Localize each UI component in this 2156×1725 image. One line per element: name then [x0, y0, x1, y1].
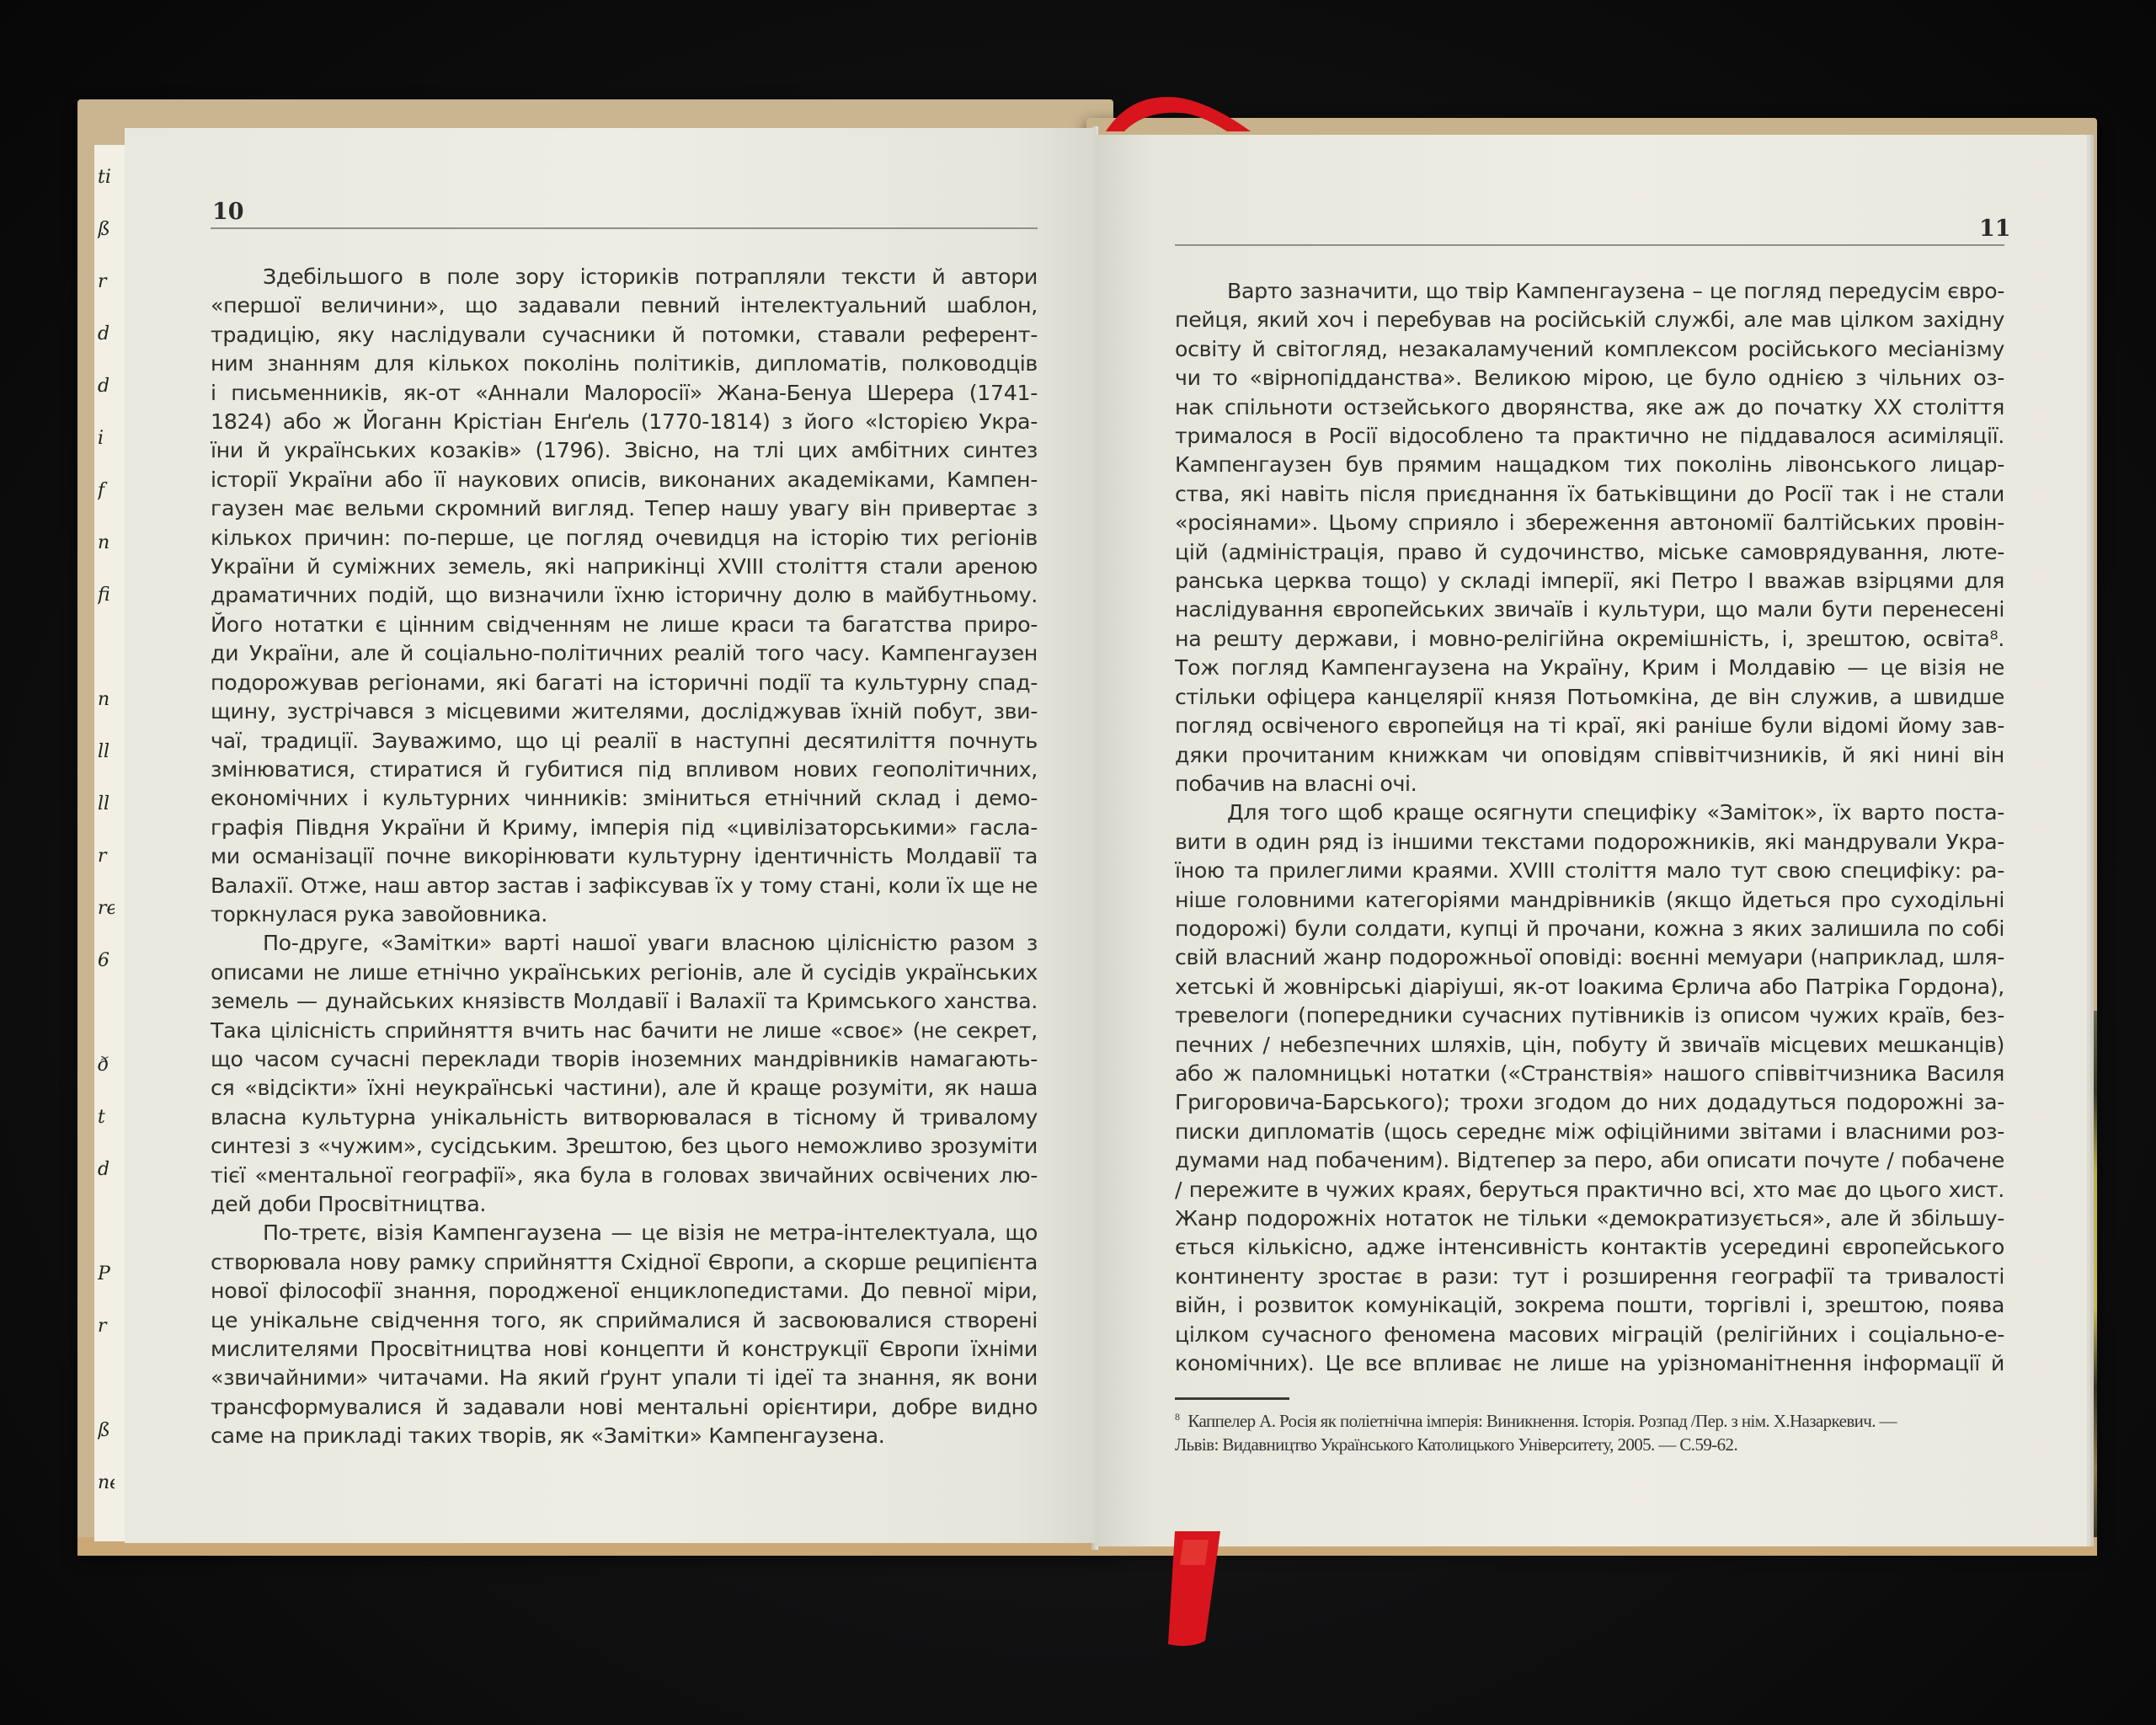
text-line: або ж паломницькі нотатки («Странствія» …	[1175, 1060, 2004, 1088]
text-line: ним знанням для кількох поколінь політик…	[211, 350, 1038, 378]
text-line: дей доби Просвітництва.	[211, 1190, 1038, 1219]
text-line: і письменників, як-от «Аннали Малоросії»…	[211, 379, 1038, 408]
text-line: України й суміжних земель, які наприкінц…	[211, 553, 1038, 581]
text-line: Валахії. Отже, наш автор застав і зафікс…	[211, 872, 1038, 900]
text-line: чи то «вірнопідданства». Великою мірою, …	[1175, 364, 2004, 393]
text-line: ства, які навіть після приєднання їх бат…	[1175, 480, 2004, 509]
ribbon-bookmark-top	[1099, 94, 1251, 131]
text-line: тієї «ментальної географії», яка була в …	[211, 1162, 1038, 1190]
text-line: торкнулася рука завойовника.	[211, 900, 1038, 929]
footnote-line-1: Каппелер А. Росія як поліетнічна імперія…	[1187, 1411, 1897, 1431]
text-line: Григоровича-Барського); трохи згодом до …	[1175, 1088, 2004, 1117]
text-line: їною та прилеглими краями. XVIII столітт…	[1175, 857, 2004, 885]
text-line: стільки офіцера канцелярії князя Потьомк…	[1175, 683, 2004, 712]
text-line: Здебільшого в поле зору істориків потрап…	[211, 263, 1038, 291]
text-line: «звичайними» читачами. На який ґрунт упа…	[211, 1364, 1038, 1392]
text-line: Жанр подорожніх нотаток не тільки «демок…	[1175, 1204, 2004, 1233]
text-line: подорожі) були солдати, купці й прочани,…	[1175, 915, 2004, 943]
text-line: континенту зростає в рази: тут і розшире…	[1175, 1263, 2004, 1291]
text-line: синтезі з «чужим», сусідським. Зрештою, …	[211, 1132, 1038, 1161]
page-number-left: 10	[212, 199, 244, 225]
text-line: власна культурна унікальність витворювал…	[211, 1103, 1038, 1132]
text-line: кількох причин: по-перше, це погляд очев…	[211, 524, 1038, 553]
text-line: історії України або її наукових описів, …	[211, 466, 1038, 494]
text-line: ди України, але й соціально-політичних р…	[211, 639, 1038, 668]
footnote-rule	[1175, 1397, 1289, 1400]
footnote-marker: 8	[1175, 1411, 1179, 1423]
text-line: щину, зустрічався з місцевими жителями, …	[211, 697, 1038, 726]
text-line: саме на прикладі таких творів, як «Заміт…	[211, 1422, 1038, 1450]
text-line: війн, і розвиток комунікацій, зокрема по…	[1175, 1291, 2004, 1320]
text-line: / пережите в чужих краях, беруться практ…	[1175, 1176, 2004, 1204]
text-line: освіту й світогляд, незакаламучений комп…	[1175, 335, 2004, 364]
left-page-body: Здебільшого в поле зору істориків потрап…	[211, 263, 1038, 1451]
text-line: Для того щоб краще осягнути специфіку «З…	[1175, 798, 2004, 827]
text-line: ми османізації почне викорінювати культу…	[211, 842, 1038, 871]
text-line: подорожував регіонами, які багаті на іст…	[211, 669, 1038, 697]
text-line: цілком сучасного феномена масових міграц…	[1175, 1321, 2004, 1349]
text-line: наслідування європейських звичаїв і куль…	[1175, 595, 2004, 624]
page-number-right: 11	[1979, 216, 2011, 242]
text-line: економічних і культурних чинників: зміни…	[211, 784, 1038, 813]
text-line: ранська церква тощо) у складі імперії, я…	[1175, 567, 2004, 595]
text-line: погляд освіченого європейця на ті краї, …	[1175, 712, 2004, 740]
cover-endpaper-glyphs: ti ß r d d i f n fi n ll ll r re 6 ð t d…	[98, 152, 115, 1533]
text-line: гаузен має вельми скромний вигляд. Тепер…	[211, 494, 1038, 523]
footnote-line-2: Львів: Видавництво Українського Католиць…	[1175, 1433, 2042, 1456]
text-line: на решту держави, і мовно-релігійна окре…	[1175, 625, 2004, 654]
text-line: ніше головними категоріями мандрівників …	[1175, 886, 2004, 915]
text-line: Варто зазначити, що твір Кампенгаузена –…	[1175, 277, 2004, 306]
text-line: дяки прочитаним книжкам чи оповідям спів…	[1175, 741, 2004, 770]
text-line: описами не лише етнічно українських регі…	[211, 959, 1038, 987]
text-line: По-третє, візія Кампенгаузена — це візія…	[211, 1219, 1038, 1247]
text-line: 1824) або ж Йоганн Крістіан Енґель (1770…	[211, 408, 1038, 436]
text-line: нак спільноти остзейського дворянства, я…	[1175, 393, 2004, 422]
text-line: кономічних). Це все впливає не лише на у…	[1175, 1349, 2004, 1378]
text-line: писки дипломатів (щось середнє між офіці…	[1175, 1118, 2004, 1146]
right-page-body: Варто зазначити, що твір Кампенгаузена –…	[1175, 277, 2004, 1378]
text-line: традицію, яку наслідували сучасники й по…	[211, 321, 1038, 350]
ribbon-bookmark-tail	[1150, 1531, 1225, 1656]
text-line: По-друге, «Замітки» варті нашої уваги вл…	[211, 929, 1038, 958]
text-line: це унікальне свідчення того, як сприймал…	[211, 1306, 1038, 1335]
text-line: думами над побаченим). Відтепер за перо,…	[1175, 1146, 2004, 1175]
text-line: трималося в Росії відособлено та практич…	[1175, 422, 2004, 451]
text-line: побачив на власні очі.	[1175, 770, 2004, 798]
text-line: вити в один ряд із іншими текстами подор…	[1175, 828, 2004, 857]
text-line: ється кількісно, адже інтенсивність конт…	[1175, 1233, 2004, 1262]
text-line: драматичних подій, що визначили їхню іст…	[211, 581, 1038, 610]
text-line: пейця, який хоч і перебував на російські…	[1175, 306, 2004, 334]
text-line: чаї, традиції. Зауважимо, що ці реалії в…	[211, 727, 1038, 756]
text-line: Така цілісність сприйняття вчить нас бач…	[211, 1017, 1038, 1045]
text-line: графія Півдня України й Криму, імперія п…	[211, 814, 1038, 842]
text-line: хетські й жовнірські діаріуші, як-от Іоа…	[1175, 973, 2004, 1001]
header-rule-left	[211, 227, 1038, 229]
text-line: створювала нову рамку сприйняття Східної…	[211, 1248, 1038, 1277]
text-line: «першої величини», що задавали певний ін…	[211, 291, 1038, 320]
text-line: земель — дунайських князівств Молдавії і…	[211, 987, 1038, 1016]
text-line: Його нотатки є цінним свідченням не лише…	[211, 611, 1038, 639]
text-line: «росіянами». Цьому сприяло і збереження …	[1175, 509, 2004, 537]
text-line: Кампенгаузен був прямим нащадком тих пок…	[1175, 451, 2004, 479]
footnote: 8Каппелер А. Росія як поліетнічна імпері…	[1175, 1405, 2042, 1456]
header-rule-right	[1175, 244, 2004, 246]
text-line: Тож погляд Кампенгаузена на Україну, Кри…	[1175, 654, 2004, 682]
text-line: печних / небезпечних шляхів, цін, побуту…	[1175, 1031, 2004, 1060]
text-line: трансформувалися й задавали нові менталь…	[211, 1393, 1038, 1422]
text-line: їни й українських козаків» (1796). Звісн…	[211, 436, 1038, 465]
text-line: змінюватися, стиратися й губитися під вп…	[211, 756, 1038, 784]
text-line: тревелоги (попередники сучасних путівник…	[1175, 1001, 2004, 1030]
text-line: мислителями Просвітництва нові концепти …	[211, 1335, 1038, 1364]
text-line: цій (адміністрація, право й судочинство,…	[1175, 538, 2004, 567]
text-line: свій власний жанр подорожньої оповіді: в…	[1175, 943, 2004, 972]
text-line: ся «відсікти» їхні неукраїнські частини)…	[211, 1074, 1038, 1103]
text-line: що часом сучасні переклади творів інозем…	[211, 1045, 1038, 1074]
text-line: нової філософії знання, породженої енцик…	[211, 1277, 1038, 1306]
